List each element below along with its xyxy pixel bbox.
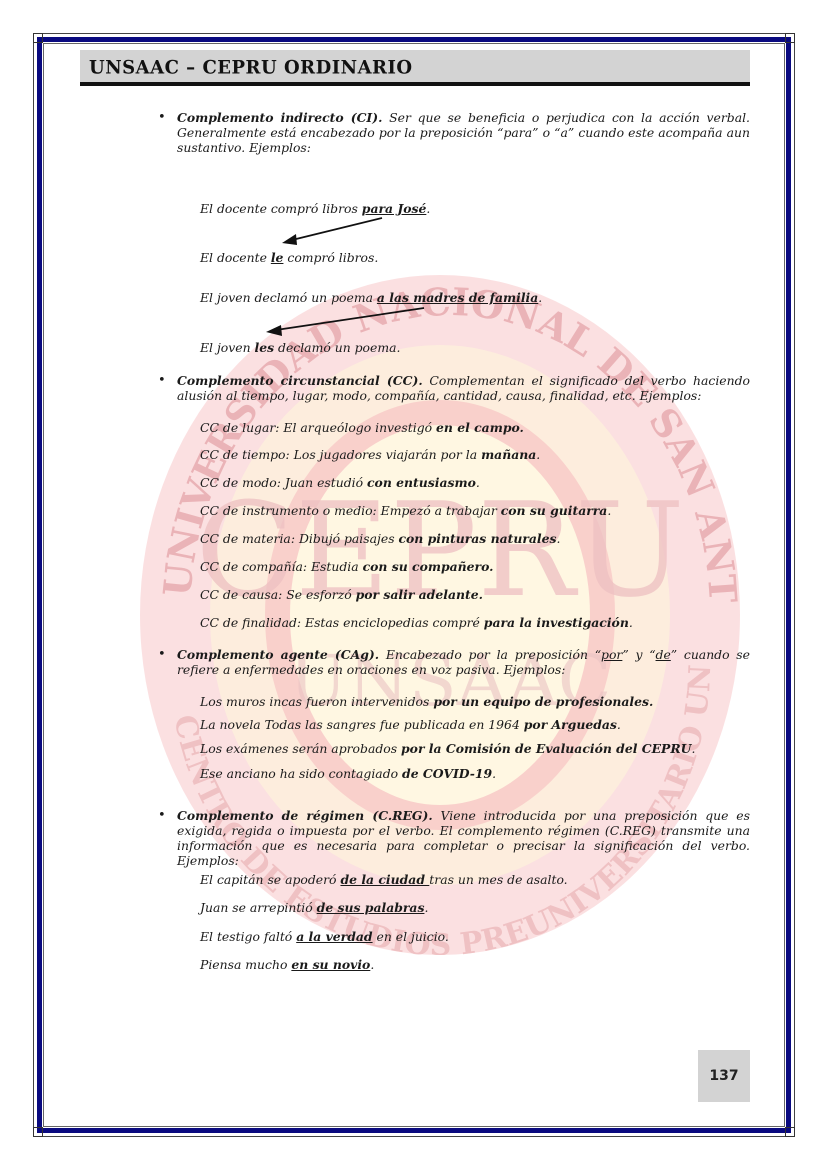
example-text: Los muros incas fueron intervenidos (200, 694, 433, 709)
example-highlight: con su guitarra (501, 503, 608, 518)
example-highlight: de la ciudad (340, 872, 429, 887)
section-term: Complemento de régimen (C.REG). (177, 808, 433, 823)
example-text: CC de instrumento o medio: Empezó a trab… (200, 503, 501, 518)
arrow-icon (270, 214, 390, 248)
example-highlight: para la investigación (484, 615, 629, 630)
page-number: 137 (698, 1050, 750, 1102)
example-sentence: CC de instrumento o medio: Empezó a trab… (200, 503, 611, 518)
example-highlight: mañana (481, 447, 536, 462)
example-text: CC de finalidad: Estas enciclopedias com… (200, 615, 484, 630)
example-highlight: por un equipo de profesionales. (433, 694, 653, 709)
example-text: . (556, 531, 560, 546)
example-text: . (370, 957, 374, 972)
example-text: CC de tiempo: Los jugadores viajarán por… (200, 447, 481, 462)
example-highlight: de COVID-19 (402, 766, 492, 781)
example-sentence: El joven declamó un poema a las madres d… (200, 290, 542, 305)
example-text: Piensa mucho (200, 957, 291, 972)
example-text: Ese anciano ha sido contagiado (200, 766, 402, 781)
example-text: El docente (200, 250, 271, 265)
example-highlight: les (255, 340, 275, 355)
example-text: Juan se arrepintió (200, 900, 317, 915)
section-term: Complemento circunstancial (CC). (177, 373, 423, 388)
example-sentence: CC de materia: Dibujó paisajes con pintu… (200, 531, 560, 546)
example-sentence: CC de finalidad: Estas enciclopedias com… (200, 615, 633, 630)
section-complemento-circunstancial: • Complemento circunstancial (CC). Compl… (177, 373, 750, 403)
underlined-preposition: por (601, 647, 622, 662)
example-text: Los exámenes serán aprobados (200, 741, 401, 756)
example-text: El capitán se apoderó (200, 872, 340, 887)
example-text: . (691, 741, 695, 756)
document-body: • Complemento indirecto (CI). Ser que se… (0, 0, 828, 1171)
example-text: . (536, 447, 540, 462)
example-highlight: por salir adelante. (356, 587, 483, 602)
bullet-icon: • (158, 373, 166, 388)
example-text: compró libros. (283, 250, 378, 265)
example-text: . (492, 766, 496, 781)
example-sentence: Piensa mucho en su novio. (200, 957, 374, 972)
example-sentence: Los exámenes serán aprobados por la Comi… (200, 741, 695, 756)
example-sentence: CC de modo: Juan estudió con entusiasmo. (200, 475, 480, 490)
example-text: tras un mes de asalto. (429, 872, 567, 887)
example-text: . (424, 900, 428, 915)
example-highlight: a la verdad (296, 929, 372, 944)
example-text: declamó un poema. (274, 340, 400, 355)
example-sentence: Juan se arrepintió de sus palabras. (200, 900, 428, 915)
example-highlight: a las madres de familia (377, 290, 538, 305)
example-sentence: CC de causa: Se esforzó por salir adelan… (200, 587, 483, 602)
example-highlight: de sus palabras (317, 900, 425, 915)
section-term: Complemento indirecto (CI). (177, 110, 382, 125)
example-sentence: La novela Todas las sangres fue publicad… (200, 717, 621, 732)
example-text: . (538, 290, 542, 305)
example-text: . (629, 615, 633, 630)
arrow-icon (256, 304, 431, 338)
example-sentence: El testigo faltó a la verdad en el juici… (200, 929, 449, 944)
example-highlight: en el campo. (436, 420, 524, 435)
example-sentence: El capitán se apoderó de la ciudad tras … (200, 872, 568, 887)
underlined-preposition: de (656, 647, 671, 662)
section-definition: Encabezado por la preposición “ (379, 647, 601, 662)
example-sentence: Los muros incas fueron intervenidos por … (200, 694, 653, 709)
example-text: CC de lugar: El arqueólogo investigó (200, 420, 436, 435)
example-text: CC de materia: Dibujó paisajes (200, 531, 399, 546)
example-text: . (426, 201, 430, 216)
bullet-icon: • (158, 647, 166, 662)
example-text: El joven (200, 340, 255, 355)
example-sentence: CC de compañía: Estudia con su compañero… (200, 559, 493, 574)
example-sentence: El joven les declamó un poema. (200, 340, 400, 355)
example-sentence: CC de lugar: El arqueólogo investigó en … (200, 420, 524, 435)
example-highlight: con pinturas naturales (399, 531, 557, 546)
section-complemento-agente: • Complemento agente (CAg). Encabezado p… (177, 647, 750, 677)
example-highlight: por Arguedas (524, 717, 617, 732)
example-sentence: Ese anciano ha sido contagiado de COVID-… (200, 766, 496, 781)
example-text: en el juicio. (373, 929, 449, 944)
example-text: . (617, 717, 621, 732)
example-text: El joven declamó un poema (200, 290, 377, 305)
section-definition: ” y “ (622, 647, 655, 662)
example-text: . (476, 475, 480, 490)
example-sentence: CC de tiempo: Los jugadores viajarán por… (200, 447, 540, 462)
example-highlight: por la Comisión de Evaluación del CEPRU (401, 741, 691, 756)
example-text: CC de compañía: Estudia (200, 559, 363, 574)
example-text: La novela Todas las sangres fue publicad… (200, 717, 524, 732)
example-highlight: para José (362, 201, 427, 216)
example-highlight: con su compañero. (363, 559, 494, 574)
example-sentence: El docente compró libros para José. (200, 201, 430, 216)
example-highlight: le (271, 250, 284, 265)
example-text: CC de causa: Se esforzó (200, 587, 356, 602)
bullet-icon: • (158, 110, 166, 125)
example-sentence: El docente le compró libros. (200, 250, 378, 265)
example-text: . (607, 503, 611, 518)
example-highlight: con entusiasmo (367, 475, 476, 490)
bullet-icon: • (158, 808, 166, 823)
example-highlight: en su novio (291, 957, 370, 972)
example-text: El testigo faltó (200, 929, 296, 944)
example-text: CC de modo: Juan estudió (200, 475, 367, 490)
section-complemento-regimen: • Complemento de régimen (C.REG). Viene … (177, 808, 750, 868)
section-complemento-indirecto: • Complemento indirecto (CI). Ser que se… (177, 110, 750, 155)
section-term: Complemento agente (CAg). (177, 647, 379, 662)
example-text: El docente compró libros (200, 201, 362, 216)
